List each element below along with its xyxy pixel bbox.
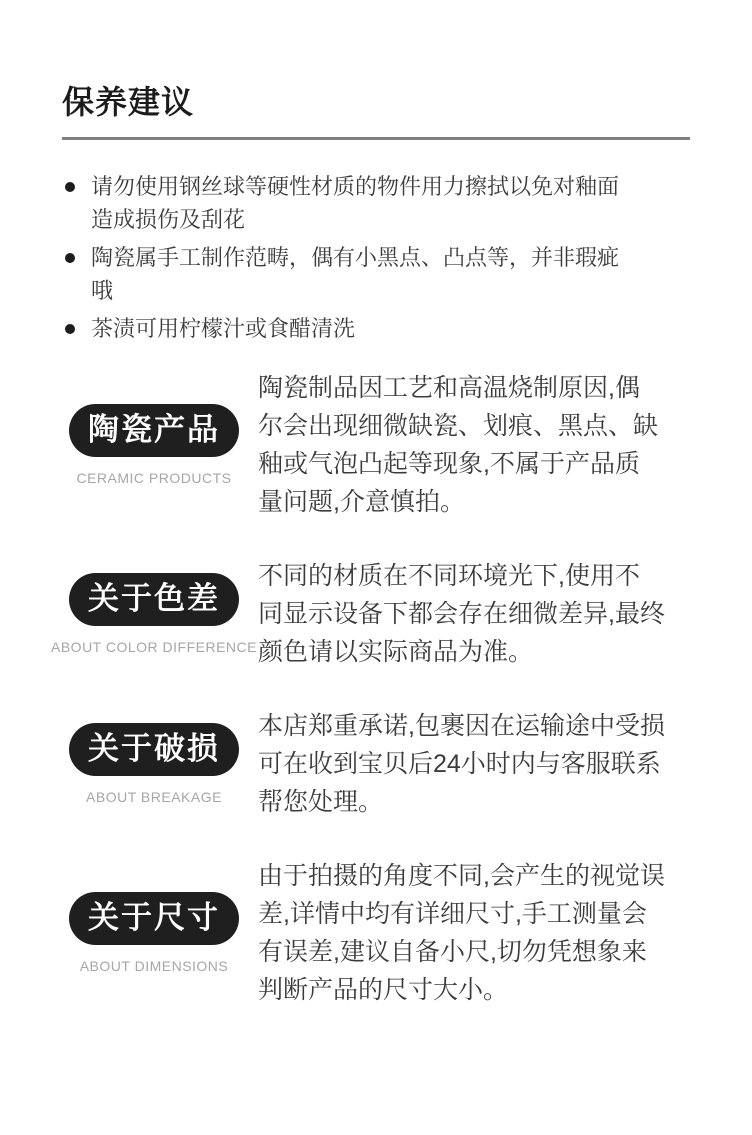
care-tips-list: 请勿使用钢丝球等硬性材质的物件用力擦拭以免对釉面 造成损伤及刮花 陶瓷属手工制作… [62,170,692,345]
info-section-dimensions: 关于尺寸 ABOUT DIMENSIONS 由于拍摄的角度不同,会产生的视觉误 … [62,857,692,1009]
care-guide-page: 保养建议 请勿使用钢丝球等硬性材质的物件用力擦拭以免对釉面 造成损伤及刮花 陶瓷… [0,0,752,1009]
section-subtitle-en: CERAMIC PRODUCTS [76,470,231,486]
bullet-dot-icon [65,182,75,192]
section-badge: 关于色差 [69,573,239,626]
list-item: 陶瓷属手工制作范畴，偶有小黑点、凸点等，并非瑕疵哦 [62,241,692,307]
section-paragraph: 陶瓷制品因工艺和高温烧制原因,偶 尔会出现细微缺瓷、划痕、黑点、缺 釉或气泡凸起… [258,369,682,521]
section-subtitle-en: ABOUT BREAKAGE [86,789,222,805]
bullet-dot-icon [65,253,75,263]
list-item: 请勿使用钢丝球等硬性材质的物件用力擦拭以免对釉面 造成损伤及刮花 [62,170,692,236]
section-paragraph: 不同的材质在不同环境光下,使用不 同显示设备下都会存在细微差异,最终 颜色请以实… [258,557,682,671]
info-section-ceramic-products: 陶瓷产品 CERAMIC PRODUCTS 陶瓷制品因工艺和高温烧制原因,偶 尔… [62,369,692,521]
tip-text: 请勿使用钢丝球等硬性材质的物件用力擦拭以免对釉面 造成损伤及刮花 [91,170,619,236]
tip-text: 陶瓷属手工制作范畴，偶有小黑点、凸点等，并非瑕疵哦 [91,241,636,307]
info-section-breakage: 关于破损 ABOUT BREAKAGE 本店郑重承诺,包裹因在运输途中受损 可在… [62,707,692,821]
tip-text: 茶渍可用柠檬汁或食醋清洗 [91,312,355,345]
section-paragraph: 本店郑重承诺,包裹因在运输途中受损 可在收到宝贝后24小时内与客服联系 帮您处理… [258,707,682,821]
title-divider [62,137,690,140]
info-sections: 陶瓷产品 CERAMIC PRODUCTS 陶瓷制品因工艺和高温烧制原因,偶 尔… [62,369,692,1009]
section-badge: 关于破损 [69,723,239,776]
section-left-column: 陶瓷产品 CERAMIC PRODUCTS [62,404,246,486]
section-badge: 陶瓷产品 [69,404,239,457]
section-badge: 关于尺寸 [69,892,239,945]
info-section-color-difference: 关于色差 ABOUT COLOR DIFFERENCE 不同的材质在不同环境光下… [62,557,692,671]
bullet-dot-icon [65,324,75,334]
section-left-column: 关于尺寸 ABOUT DIMENSIONS [62,892,246,974]
page-title: 保养建议 [62,84,692,120]
section-left-column: 关于色差 ABOUT COLOR DIFFERENCE [62,573,246,655]
section-paragraph: 由于拍摄的角度不同,会产生的视觉误 差,详情中均有详细尺寸,手工测量会 有误差,… [258,857,682,1009]
section-subtitle-en: ABOUT DIMENSIONS [80,958,229,974]
section-subtitle-en: ABOUT COLOR DIFFERENCE [51,639,257,655]
section-left-column: 关于破损 ABOUT BREAKAGE [62,723,246,805]
list-item: 茶渍可用柠檬汁或食醋清洗 [62,312,692,345]
